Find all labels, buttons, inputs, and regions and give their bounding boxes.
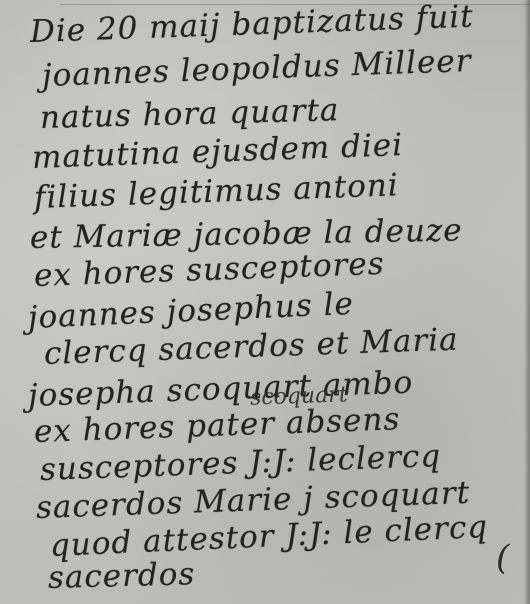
margin-bracket-mark: ( <box>496 538 509 578</box>
manuscript-page: Die 20 maij baptizatus fuit joannes leop… <box>0 0 530 604</box>
text-line-2: joannes leopoldus Milleer <box>41 43 472 94</box>
text-line-15: sacerdos <box>48 556 196 596</box>
text-line-5: filius legitimus antoni <box>33 167 399 216</box>
text-line-3: natus hora quarta <box>40 92 340 136</box>
text-line-6: et Mariæ jacobæ la deuze <box>30 212 463 256</box>
text-line-1: Die 20 maij baptizatus fuit <box>29 0 474 50</box>
page-edge-shadow <box>524 0 530 604</box>
